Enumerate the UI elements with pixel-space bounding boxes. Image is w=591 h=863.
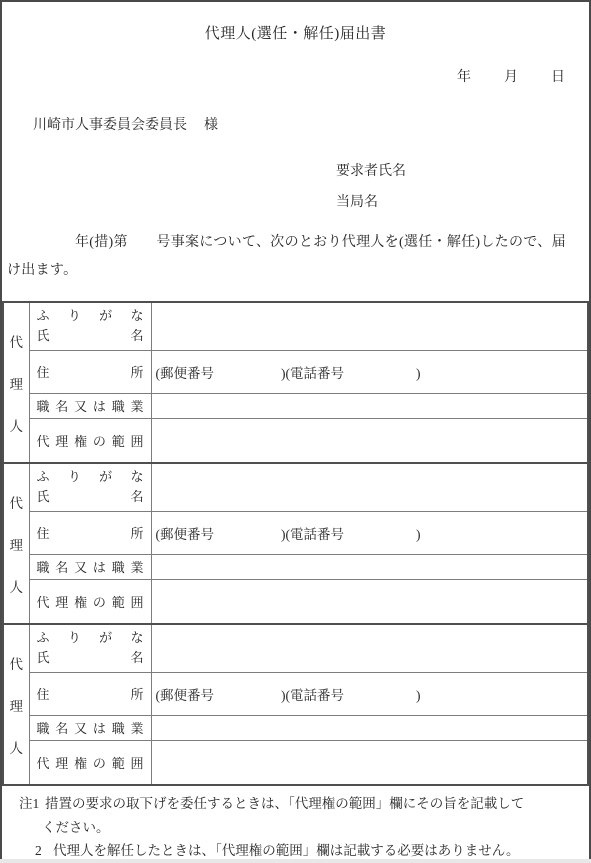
notes: 注1 措置の要求の取下げを委任するときは、「代理権の範囲」欄にその旨を記載して … [19, 792, 581, 863]
occupation-label-cell: 職名又は職業 [29, 715, 151, 740]
scope-value-cell [151, 579, 588, 624]
note-text: ください。 [42, 816, 110, 840]
occupation-value-cell [151, 393, 588, 418]
authority-name-label: 当局名 [336, 191, 378, 211]
agent-block-3: 代理人 ふりがな 氏名 住所 (郵便番号)(電話番号) 職名又は職業 [3, 624, 588, 785]
occupation-label: 職名又は職業 [37, 557, 144, 576]
address-label-cell: 住所 [29, 511, 151, 554]
scope-label-cell: 代理権の範囲 [29, 579, 151, 624]
furigana-name-label-cell: ふりがな 氏名 [29, 624, 151, 672]
body-text-line1: 年(措)第 号事案について、次のとおり代理人を(選任・解任)したので、届 [75, 231, 566, 251]
occupation-label: 職名又は職業 [37, 396, 144, 415]
agent-table: 代理人 ふりがな 氏名 住所 (郵便番号)(電話番号) 職名又は職業 [2, 301, 589, 786]
requester-name-label: 要求者氏名 [336, 160, 406, 180]
scope-label-cell: 代理権の範囲 [29, 740, 151, 785]
agent-block-1: 代理人 ふりがな 氏名 住所 (郵便番号)(電話番号) 職名又は職業 [3, 302, 588, 463]
date-line: 年 月 日 [457, 66, 565, 86]
form-title: 代理人(選任・解任)届出書 [2, 22, 589, 43]
furigana-name-label-cell: ふりがな 氏名 [29, 463, 151, 511]
scope-value-cell [151, 740, 588, 785]
address-label-cell: 住所 [29, 672, 151, 715]
form-page: 代理人(選任・解任)届出書 年 月 日 川崎市人事委員会委員長 様 要求者氏名 … [0, 0, 591, 859]
table-row: 住所 (郵便番号)(電話番号) [3, 672, 588, 715]
table-row: 代理人 ふりがな 氏名 [3, 302, 588, 350]
table-row: 職名又は職業 [3, 715, 588, 740]
scope-label: 代理権の範囲 [37, 431, 144, 450]
scope-label: 代理権の範囲 [37, 592, 144, 611]
note-line-2: ください。 [42, 816, 581, 840]
address-label: 住所 [37, 684, 144, 703]
agent-side-label: 代理人 [4, 653, 29, 757]
address-value-cell: (郵便番号)(電話番号) [151, 511, 588, 554]
table-row: 代理人 ふりがな 氏名 [3, 624, 588, 672]
table-row: 職名又は職業 [3, 393, 588, 418]
table-row: 住所 (郵便番号)(電話番号) [3, 511, 588, 554]
occupation-value-cell [151, 715, 588, 740]
address-label: 住所 [37, 523, 144, 542]
agent-side-label: 代理人 [4, 331, 29, 435]
name-label: 氏名 [37, 648, 144, 668]
furigana-label: ふりがな [37, 628, 144, 648]
agent-side-cell: 代理人 [3, 624, 29, 785]
address-value-cell: (郵便番号)(電話番号) [151, 350, 588, 393]
table-row: 職名又は職業 [3, 554, 588, 579]
occupation-label: 職名又は職業 [37, 718, 144, 737]
phone-close-paren: ) [416, 527, 421, 543]
scope-label-cell: 代理権の範囲 [29, 418, 151, 463]
postal-code-label: (郵便番号 [156, 362, 215, 382]
addressee-honorific: 様 [204, 114, 218, 134]
table-row: 代理権の範囲 [3, 579, 588, 624]
phone-label: (電話番号 [286, 684, 345, 704]
note-line-1: 注1 措置の要求の取下げを委任するときは、「代理権の範囲」欄にその旨を記載して [19, 792, 581, 816]
occupation-label-cell: 職名又は職業 [29, 393, 151, 418]
phone-close-paren: ) [416, 366, 421, 382]
table-row: 代理人 ふりがな 氏名 [3, 463, 588, 511]
addressee-line: 川崎市人事委員会委員長 様 [33, 114, 218, 134]
furigana-name-value-cell [151, 624, 588, 672]
addressee-name: 川崎市人事委員会委員長 [33, 114, 187, 134]
occupation-label-cell: 職名又は職業 [29, 554, 151, 579]
note-text: 措置の要求の取下げを委任するときは、「代理権の範囲」欄にその旨を記載して [45, 792, 524, 816]
furigana-name-value-cell [151, 302, 588, 350]
phone-close-paren: ) [416, 688, 421, 704]
phone-label: (電話番号 [286, 362, 345, 382]
name-label: 氏名 [37, 326, 144, 346]
address-label: 住所 [37, 362, 144, 381]
table-row: 住所 (郵便番号)(電話番号) [3, 350, 588, 393]
agent-side-cell: 代理人 [3, 302, 29, 463]
address-label-cell: 住所 [29, 350, 151, 393]
name-label: 氏名 [37, 487, 144, 507]
furigana-label: ふりがな [37, 467, 144, 487]
furigana-name-label-cell: ふりがな 氏名 [29, 302, 151, 350]
year-label: 年 [457, 66, 471, 86]
note-number: 注1 [19, 792, 45, 816]
scope-label: 代理権の範囲 [37, 753, 144, 772]
table-row: 代理権の範囲 [3, 740, 588, 785]
table-row: 代理権の範囲 [3, 418, 588, 463]
postal-code-label: (郵便番号 [156, 523, 215, 543]
agent-side-label: 代理人 [4, 492, 29, 596]
furigana-name-value-cell [151, 463, 588, 511]
body-text-line2: け出ます。 [7, 259, 77, 279]
furigana-label: ふりがな [37, 306, 144, 326]
agent-side-cell: 代理人 [3, 463, 29, 624]
scope-value-cell [151, 418, 588, 463]
address-value-cell: (郵便番号)(電話番号) [151, 672, 588, 715]
agent-block-2: 代理人 ふりがな 氏名 住所 (郵便番号)(電話番号) 職名又は職業 [3, 463, 588, 624]
month-label: 月 [504, 66, 518, 86]
postal-code-label: (郵便番号 [156, 684, 215, 704]
day-label: 日 [551, 66, 565, 86]
occupation-value-cell [151, 554, 588, 579]
phone-label: (電話番号 [286, 523, 345, 543]
